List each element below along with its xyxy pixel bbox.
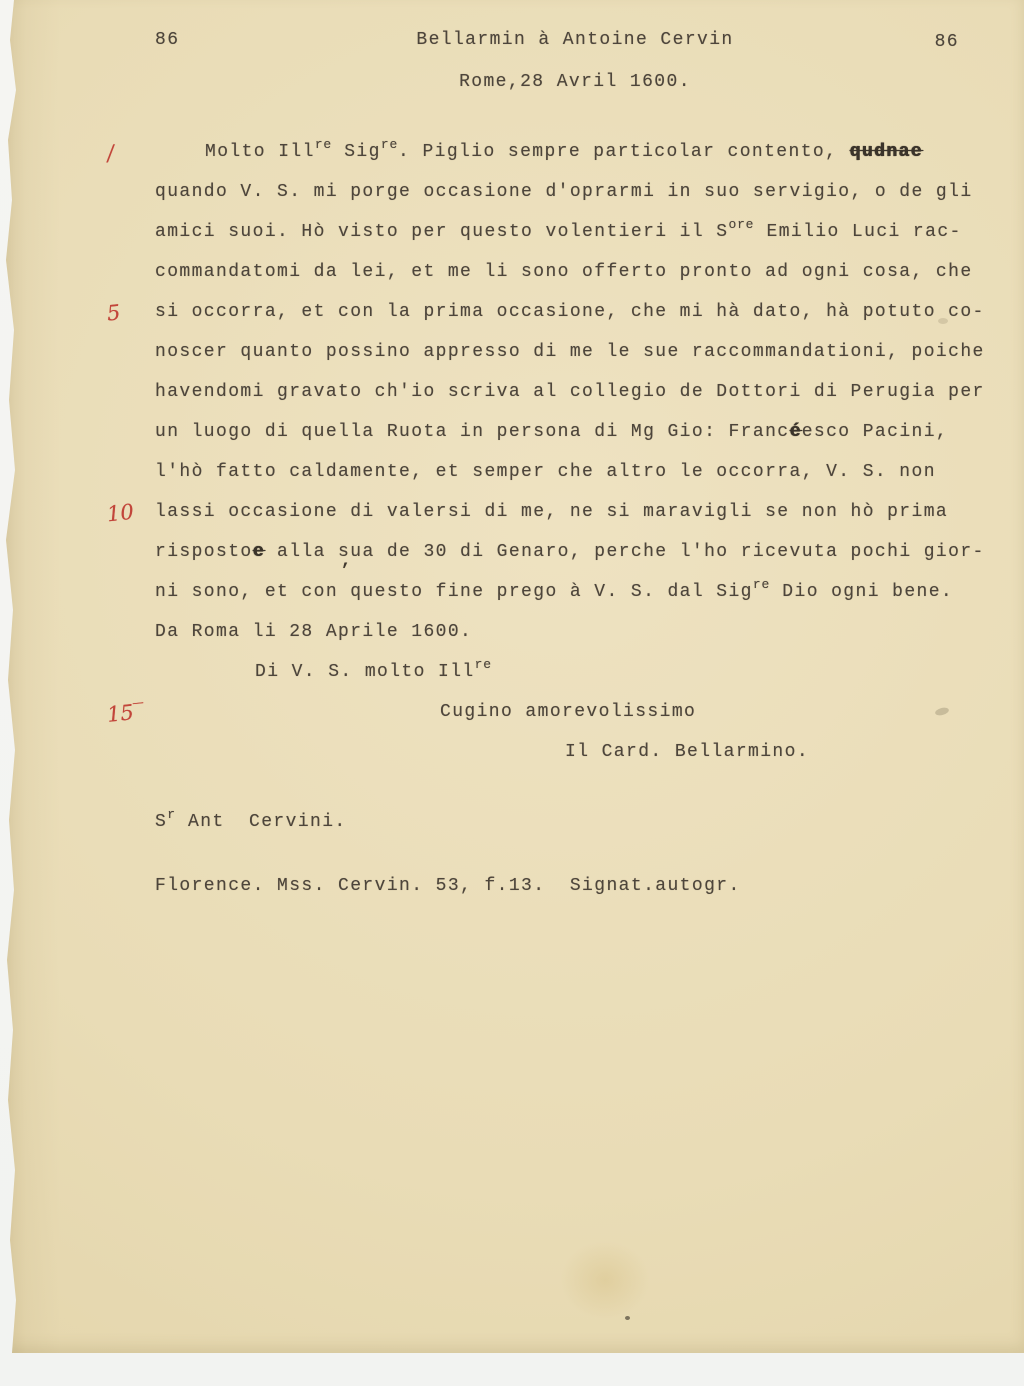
superscript-abbreviation: re [381, 137, 398, 152]
archive-source-line: Florence. Mss. Cervin. 53, f.13. Signat.… [155, 872, 741, 900]
typed-text: esco Pacini, [802, 422, 948, 442]
typed-text: Il Card. Bellarmino. [565, 742, 809, 762]
letter-line: 10lassi occasione di valersi di me, ne s… [155, 492, 995, 532]
typed-text: Da Roma li 28 Aprile 1600. [155, 622, 472, 642]
typed-text: lassi occasione di valersi di me, ne si … [155, 502, 948, 522]
typed-text: S [155, 812, 167, 832]
letter-line: Di V. S. molto Illre [155, 652, 995, 692]
letter-line: quando V. S. mi porge occasione d'oprarm… [155, 172, 995, 212]
typed-text: . Piglio sempre particolar contento, [398, 142, 849, 162]
typed-text: Emilio Luci rac- [754, 222, 961, 242]
superscript-abbreviation: re [315, 137, 332, 152]
letter-line: Da Roma li 28 Aprile 1600. [155, 612, 995, 652]
letter-line: Il Card. Bellarmino. [155, 732, 995, 772]
superscript-abbreviation: ore [728, 217, 754, 232]
letter-line: 5si occorra, et con la prima occasione, … [155, 292, 995, 332]
typed-content: 86 Bellarmin à Antoine Cervin 86 Rome,28… [155, 0, 995, 1353]
typed-text: l'hò fatto caldamente, et semper che alt… [155, 462, 936, 482]
typed-text: havendomi gravato ch'io scriva al colleg… [155, 382, 985, 402]
typed-text: noscer quanto possino appresso di me le … [155, 342, 985, 362]
typed-text: Ant Cervini. [176, 812, 347, 832]
typed-text: si occorra, et con la prima occasione, c… [155, 302, 985, 322]
letter-line: commandatomi da lei, et me li sono offer… [155, 252, 995, 292]
letter-line: 15‾Cugino amorevolissimo [155, 692, 995, 732]
letter-line [155, 772, 995, 802]
letter-line: noscer quanto possino appresso di me le … [155, 332, 995, 372]
typed-text: un luogo di quella Ruota in persona di M… [155, 422, 790, 442]
letter-line: Sr Ant Cervini. [155, 802, 995, 842]
typed-text: Sig [332, 142, 381, 162]
letter-line: ni sono, et con questo fine prego à V. S… [155, 572, 995, 612]
superscript-abbreviation: re [475, 657, 492, 672]
superscript-abbreviation: r [167, 807, 176, 822]
typed-text: Dio ogni bene. [770, 582, 953, 602]
stray-typed-mark: , [341, 552, 353, 571]
overstruck-text: e [253, 542, 265, 562]
typed-text: quando V. S. mi porge occasione d'oprarm… [155, 182, 973, 202]
typed-text: Cugino amorevolissimo [440, 702, 696, 722]
margin-line-number: 10 [105, 492, 136, 535]
overstruck-text: é [790, 422, 802, 442]
letter-line: /Molto Illre Sigre. Piglio sempre partic… [155, 132, 995, 172]
superscript-abbreviation: re [753, 577, 770, 592]
typed-text: amici suoi. Hò visto per questo volentie… [155, 222, 728, 242]
letter-line: l'hò fatto caldamente, et semper che alt… [155, 452, 995, 492]
letter-body: /Molto Illre Sigre. Piglio sempre partic… [155, 132, 995, 842]
overstruck-text: qudnae [850, 142, 923, 162]
page-number-right: 86 [935, 32, 959, 52]
typed-text: commandatomi da lei, et me li sono offer… [155, 262, 973, 282]
dateline: Rome,28 Avril 1600. [155, 72, 995, 92]
typed-text: ni sono, et con questo fine prego à V. S… [155, 582, 753, 602]
letter-line: un luogo di quella Ruota in persona di M… [155, 412, 995, 452]
typed-text: alla sua de 30 di Genaro, perche l'ho ri… [265, 542, 985, 562]
typed-text: risposto [155, 542, 253, 562]
typed-text: Molto Ill [205, 142, 315, 162]
scanned-letter-page: 86 Bellarmin à Antoine Cervin 86 Rome,28… [0, 0, 1024, 1386]
page-title: Bellarmin à Antoine Cervin [155, 30, 995, 50]
typed-text: Di V. S. molto Ill [255, 662, 475, 682]
letter-line: rispostoe alla sua de 30 di Genaro, perc… [155, 532, 995, 572]
letter-line: havendomi gravato ch'io scriva al colleg… [155, 372, 995, 412]
letter-line: amici suoi. Hò visto per questo volentie… [155, 212, 995, 252]
margin-line-number: 15‾ [105, 691, 146, 735]
